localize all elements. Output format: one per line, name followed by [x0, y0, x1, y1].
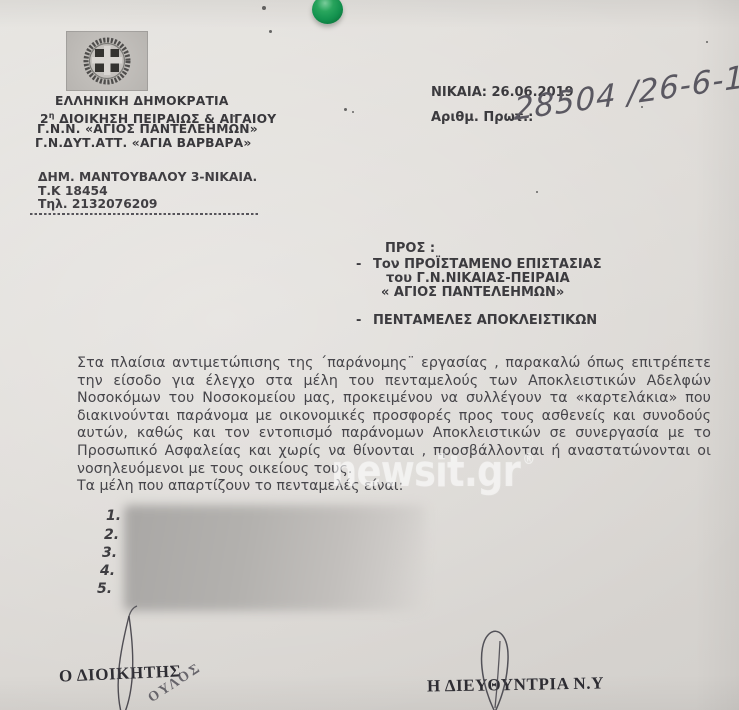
dust-speck — [352, 111, 354, 113]
list-number-2: 2. — [104, 527, 119, 543]
protocol-number-handwritten: 28504 /26-6-19 — [514, 56, 739, 128]
recipient-1-line-1: Τον ΠΡΟΪΣΤΑΜΕΝΟ ΕΠΙΣΤΑΣΙΑΣ — [373, 258, 602, 272]
emblem-graphic — [66, 31, 148, 91]
greek-emblem-icon — [66, 31, 148, 91]
dust-speck — [233, 115, 235, 117]
dust-speck — [269, 30, 272, 33]
org-hospital-2: Γ.Ν.ΔΥΤ.ΑΤΤ. «ΑΓΙΑ ΒΑΡΒΑΡΑ» — [35, 137, 252, 151]
phone-line: Τηλ. 2132076209 — [38, 198, 157, 211]
newsit-watermark: newsit.gr® — [331, 446, 535, 497]
org-name: ΕΛΛΗΝΙΚΗ ΔΗΜΟΚΡΑΤΙΑ — [55, 95, 229, 109]
dust-speck — [262, 6, 266, 10]
list-number-1: 1. — [106, 508, 121, 524]
org-hospital-1: Γ.Ν.Ν. «ΑΓΙΟΣ ΠΑΝΤΕΛΕΗΜΩΝ» — [37, 123, 258, 137]
bullet-dash-2: - — [356, 314, 361, 328]
dashed-separator — [30, 213, 258, 215]
dust-speck — [344, 108, 347, 111]
bullet-dash: - — [356, 258, 361, 272]
address-line: ΔΗΜ. ΜΑΝΤΟΥΒΑΛΟΥ 3-ΝΙΚΑΙΑ. — [38, 171, 257, 184]
dust-speck — [706, 41, 708, 43]
redacted-names-blur — [124, 505, 426, 611]
recipient-1-line-2: του Γ.Ν.ΝΙΚΑΙΑΣ-ΠΕΙΡΑΙΑ — [386, 272, 570, 286]
right-signature-title: Η ΔΙΕΥΘΥΝΤΡΙΑ Ν.Υ — [427, 673, 604, 696]
recipient-1-line-3: « ΑΓΙΟΣ ΠΑΝΤΕΛΕΗΜΩΝ» — [381, 286, 564, 300]
recipients-heading: ΠΡΟΣ : — [385, 242, 435, 256]
dust-speck — [536, 191, 538, 193]
registered-mark-icon: ® — [523, 450, 536, 468]
list-number-3: 3. — [102, 545, 117, 561]
dust-speck — [641, 106, 643, 108]
list-number-4: 4. — [100, 563, 115, 579]
watermark-text: newsit.gr — [331, 446, 520, 497]
list-number-5: 5. — [97, 581, 112, 597]
document-photo: ΕΛΛΗΝΙΚΗ ΔΗΜΟΚΡΑΤΙΑ 2η ΔΙΟΙΚΗΣΗ ΠΕΙΡΑΙΩΣ… — [0, 0, 739, 710]
recipient-2-line-1: ΠΕΝΤΑΜΕΛΕΣ ΑΠΟΚΛΕΙΣΤΙΚΩΝ — [373, 314, 597, 328]
pushpin-icon — [312, 0, 343, 24]
